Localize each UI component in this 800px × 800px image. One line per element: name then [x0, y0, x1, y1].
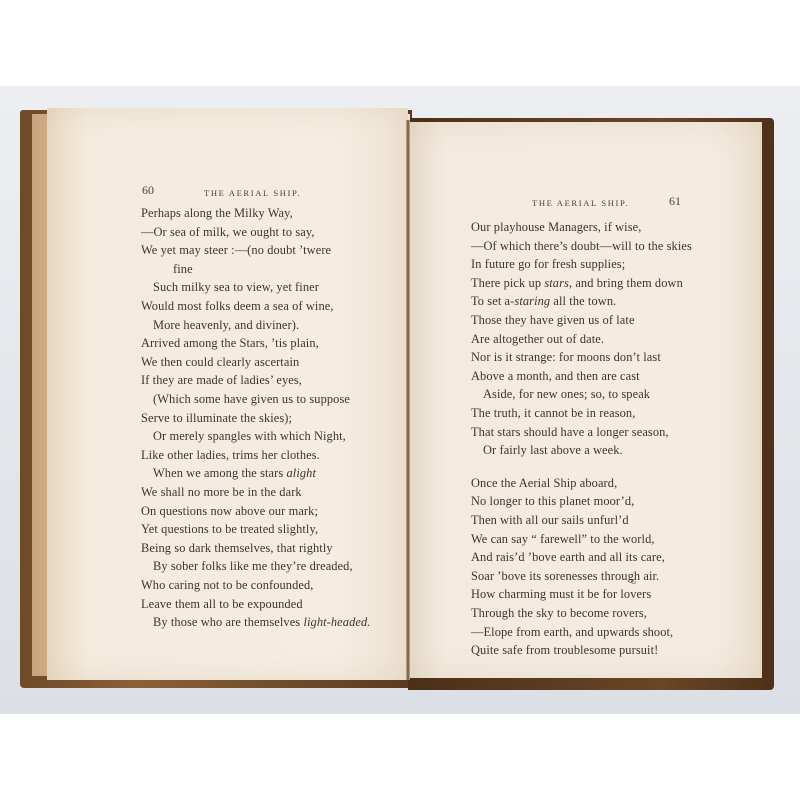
poem-line: Those they have given us of late: [471, 313, 635, 328]
poem-line: fine: [173, 262, 193, 277]
poem-line: When we among the stars alight: [153, 466, 316, 481]
poem-line: Are altogether out of date.: [471, 332, 604, 347]
poem-line: —Elope from earth, and upwards shoot,: [471, 625, 673, 640]
poem-line: Quite safe from troublesome pursuit!: [471, 643, 658, 658]
poem-line: We yet may steer :—(no doubt ’twere: [141, 243, 331, 258]
signature-mark: G: [631, 578, 636, 586]
poem-line: Who caring not to be confounded,: [141, 578, 314, 593]
poem-line: Our playhouse Managers, if wise,: [471, 220, 641, 235]
left-page: 60 THE AERIAL SHIP. Perhaps along the Mi…: [47, 108, 408, 680]
poem-line: Then with all our sails unfurl’d: [471, 513, 629, 528]
poem-line: Nor is it strange: for moons don’t last: [471, 350, 661, 365]
running-header-right: THE AERIAL SHIP.: [532, 198, 629, 208]
poem-line: How charming must it be for lovers: [471, 587, 651, 602]
poem-line: —Of which there’s doubt—will to the skie…: [471, 239, 692, 254]
poem-line: And rais’d ’bove earth and all its care,: [471, 550, 665, 565]
poem-line: We shall no more be in the dark: [141, 485, 302, 500]
page-number-right: 61: [669, 194, 681, 209]
poem-line: Serve to illuminate the skies);: [141, 411, 292, 426]
running-header-left: THE AERIAL SHIP.: [204, 188, 301, 198]
poem-line: Would most folks deem a sea of wine,: [141, 299, 334, 314]
right-page: THE AERIAL SHIP. 61 Our playhouse Manage…: [410, 122, 762, 678]
poem-line: If they are made of ladies’ eyes,: [141, 373, 302, 388]
poem-line: By those who are themselves light-headed…: [153, 615, 370, 630]
poem-line: Like other ladies, trims her clothes.: [141, 448, 320, 463]
poem-line: Being so dark themselves, that rightly: [141, 541, 333, 556]
poem-line: Or merely spangles with which Night,: [153, 429, 346, 444]
poem-line: (Which some have given us to suppose: [153, 392, 350, 407]
poem-line: We can say “ farewell” to the world,: [471, 532, 655, 547]
poem-line: On questions now above our mark;: [141, 504, 318, 519]
poem-line: There pick up stars, and bring them down: [471, 276, 683, 291]
poem-line: Once the Aerial Ship aboard,: [471, 476, 617, 491]
poem-line: Perhaps along the Milky Way,: [141, 206, 293, 221]
poem-line: Yet questions to be treated slightly,: [141, 522, 318, 537]
page-number-left: 60: [142, 183, 154, 198]
poem-line: No longer to this planet moor’d,: [471, 494, 634, 509]
poem-line: To set a-staring all the town.: [471, 294, 616, 309]
poem-line: Leave them all to be expounded: [141, 597, 303, 612]
poem-line: That stars should have a longer season,: [471, 425, 669, 440]
poem-line: —Or sea of milk, we ought to say,: [141, 225, 315, 240]
poem-line: Or fairly last above a week.: [483, 443, 623, 458]
poem-line: Arrived among the Stars, ’tis plain,: [141, 336, 319, 351]
poem-line: The truth, it cannot be in reason,: [471, 406, 635, 421]
poem-line: Above a month, and then are cast: [471, 369, 640, 384]
poem-line: More heavenly, and diviner).: [153, 318, 299, 333]
poem-line: Such milky sea to view, yet finer: [153, 280, 319, 295]
poem-line: Through the sky to become rovers,: [471, 606, 647, 621]
poem-line: In future go for fresh supplies;: [471, 257, 625, 272]
poem-line: We then could clearly ascertain: [141, 355, 299, 370]
poem-line: By sober folks like me they’re dreaded,: [153, 559, 353, 574]
poem-line: Aside, for new ones; so, to speak: [483, 387, 650, 402]
